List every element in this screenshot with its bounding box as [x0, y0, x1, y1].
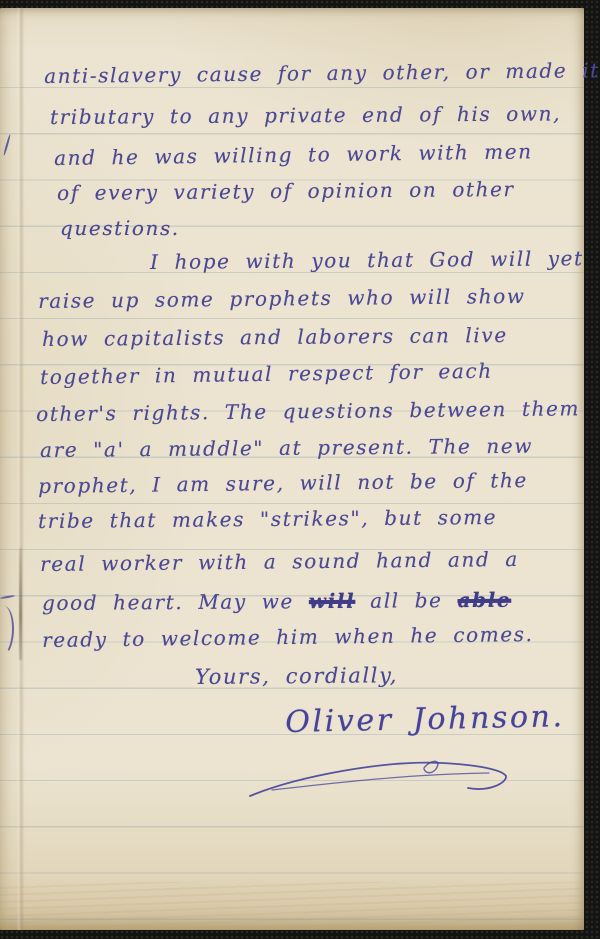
handwriting-line-13: tribe that makes "strikes", but some: [38, 504, 497, 534]
handwriting-line-11: are "a' a muddle" at present. The new: [40, 433, 533, 463]
crease-smudge: [19, 548, 22, 660]
handwriting-line-5: questions.: [60, 215, 180, 241]
letter-page: anti-slavery cause for any other, or mad…: [0, 8, 584, 930]
line-15-segment: good heart. May we: [42, 589, 309, 615]
handwriting-line-2: tributary to any private end of his own,: [50, 100, 561, 130]
handwriting-line-14: real worker with a sound hand and a: [40, 546, 519, 577]
handwriting-line-15: good heart. May we will all be able: [42, 587, 511, 616]
stray-ink-mark-2: [0, 595, 15, 600]
handwriting-line-4: of every variety of opinion on other: [57, 176, 515, 206]
handwriting-line-8: how capitalists and laborers can live: [42, 322, 508, 352]
line-15-segment: all be: [355, 588, 457, 613]
handwriting-line-3: and he was willing to work with men: [54, 138, 533, 171]
fold-crease: [18, 8, 24, 930]
stray-ink-mark-1: [3, 134, 11, 156]
struck-word: will: [309, 589, 356, 613]
signature-flourish: [246, 752, 516, 804]
stray-ink-mark-3: [0, 606, 14, 656]
struck-word: able: [457, 588, 511, 612]
handwriting-line-1: anti-slavery cause for any other, or mad…: [44, 57, 600, 89]
handwriting-line-16: ready to welcome him when he comes.: [42, 621, 534, 653]
handwriting-line-7: raise up some prophets who will show: [38, 283, 526, 314]
paper-bottom-streaks: [0, 882, 584, 930]
handwriting-line-12: prophet, I am sure, will not be of the: [38, 467, 528, 499]
handwriting-line-10: other's rights. The questions between th…: [36, 395, 580, 427]
handwriting-line-9: together in mutual respect for each: [40, 358, 493, 390]
signature: Oliver Johnson.: [285, 704, 565, 736]
handwriting-line-6: I hope with you that God will yet: [150, 245, 584, 275]
closing-line: Yours, cordially,: [195, 662, 398, 690]
scan-background: anti-slavery cause for any other, or mad…: [0, 0, 600, 939]
